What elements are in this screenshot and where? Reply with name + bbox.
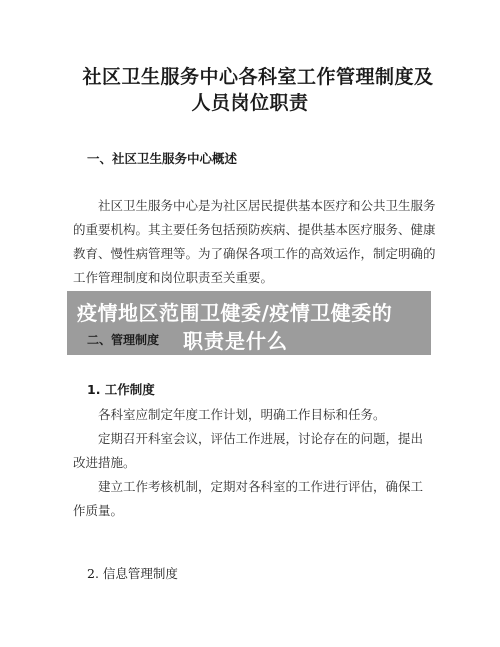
title-overlay-banner: 二、管理制度 疫情地区范围卫健委/疫情卫健委的 职责是什么 [67,291,431,355]
paragraph-line: 教育、慢性病管理等。为了确保各项工作的高效运作，制定明确的 [73,242,445,266]
paragraph-line: 各科室应制定年度工作计划，明确工作目标和任务。 [73,403,445,427]
overlay-title-line1: 疫情地区范围卫健委/疫情卫健委的 [77,297,392,326]
subsection1-heading: 1. 工作制度 [87,380,155,398]
paragraph-line: 的重要机构。其主要任务包括预防疾病、提供基本医疗服务、健康 [73,218,445,242]
paragraph-line: 社区卫生服务中心是为社区居民提供基本医疗和公共卫生服务 [73,194,445,218]
paragraph-line: 定期召开科室会议，评估工作进展，讨论存在的问题，提出 [73,427,445,451]
subsection2-heading: 2. 信息管理制度 [87,564,178,582]
document-title-line1: 社区卫生服务中心各科室工作管理制度及 [8,62,500,89]
document-title-line2: 人员岗位职责 [0,88,500,115]
subsection1-paragraph: 各科室应制定年度工作计划，明确工作目标和任务。 定期召开科室会议，评估工作进展，… [73,403,445,523]
paragraph-line: 改进措施。 [73,451,445,475]
overlay-title-line2: 职责是什么 [183,325,288,354]
paragraph-line: 建立工作考核机制，定期对各科室的工作进行评估，确保工 [73,475,445,499]
section1-paragraph: 社区卫生服务中心是为社区居民提供基本医疗和公共卫生服务 的重要机构。其主要任务包… [73,194,445,290]
paragraph-line: 工作管理制度和岗位职责至关重要。 [73,266,445,290]
paragraph-line: 作质量。 [73,499,445,523]
section2-heading: 二、管理制度 [87,331,159,348]
section1-heading: 一、社区卫生服务中心概述 [87,149,237,167]
